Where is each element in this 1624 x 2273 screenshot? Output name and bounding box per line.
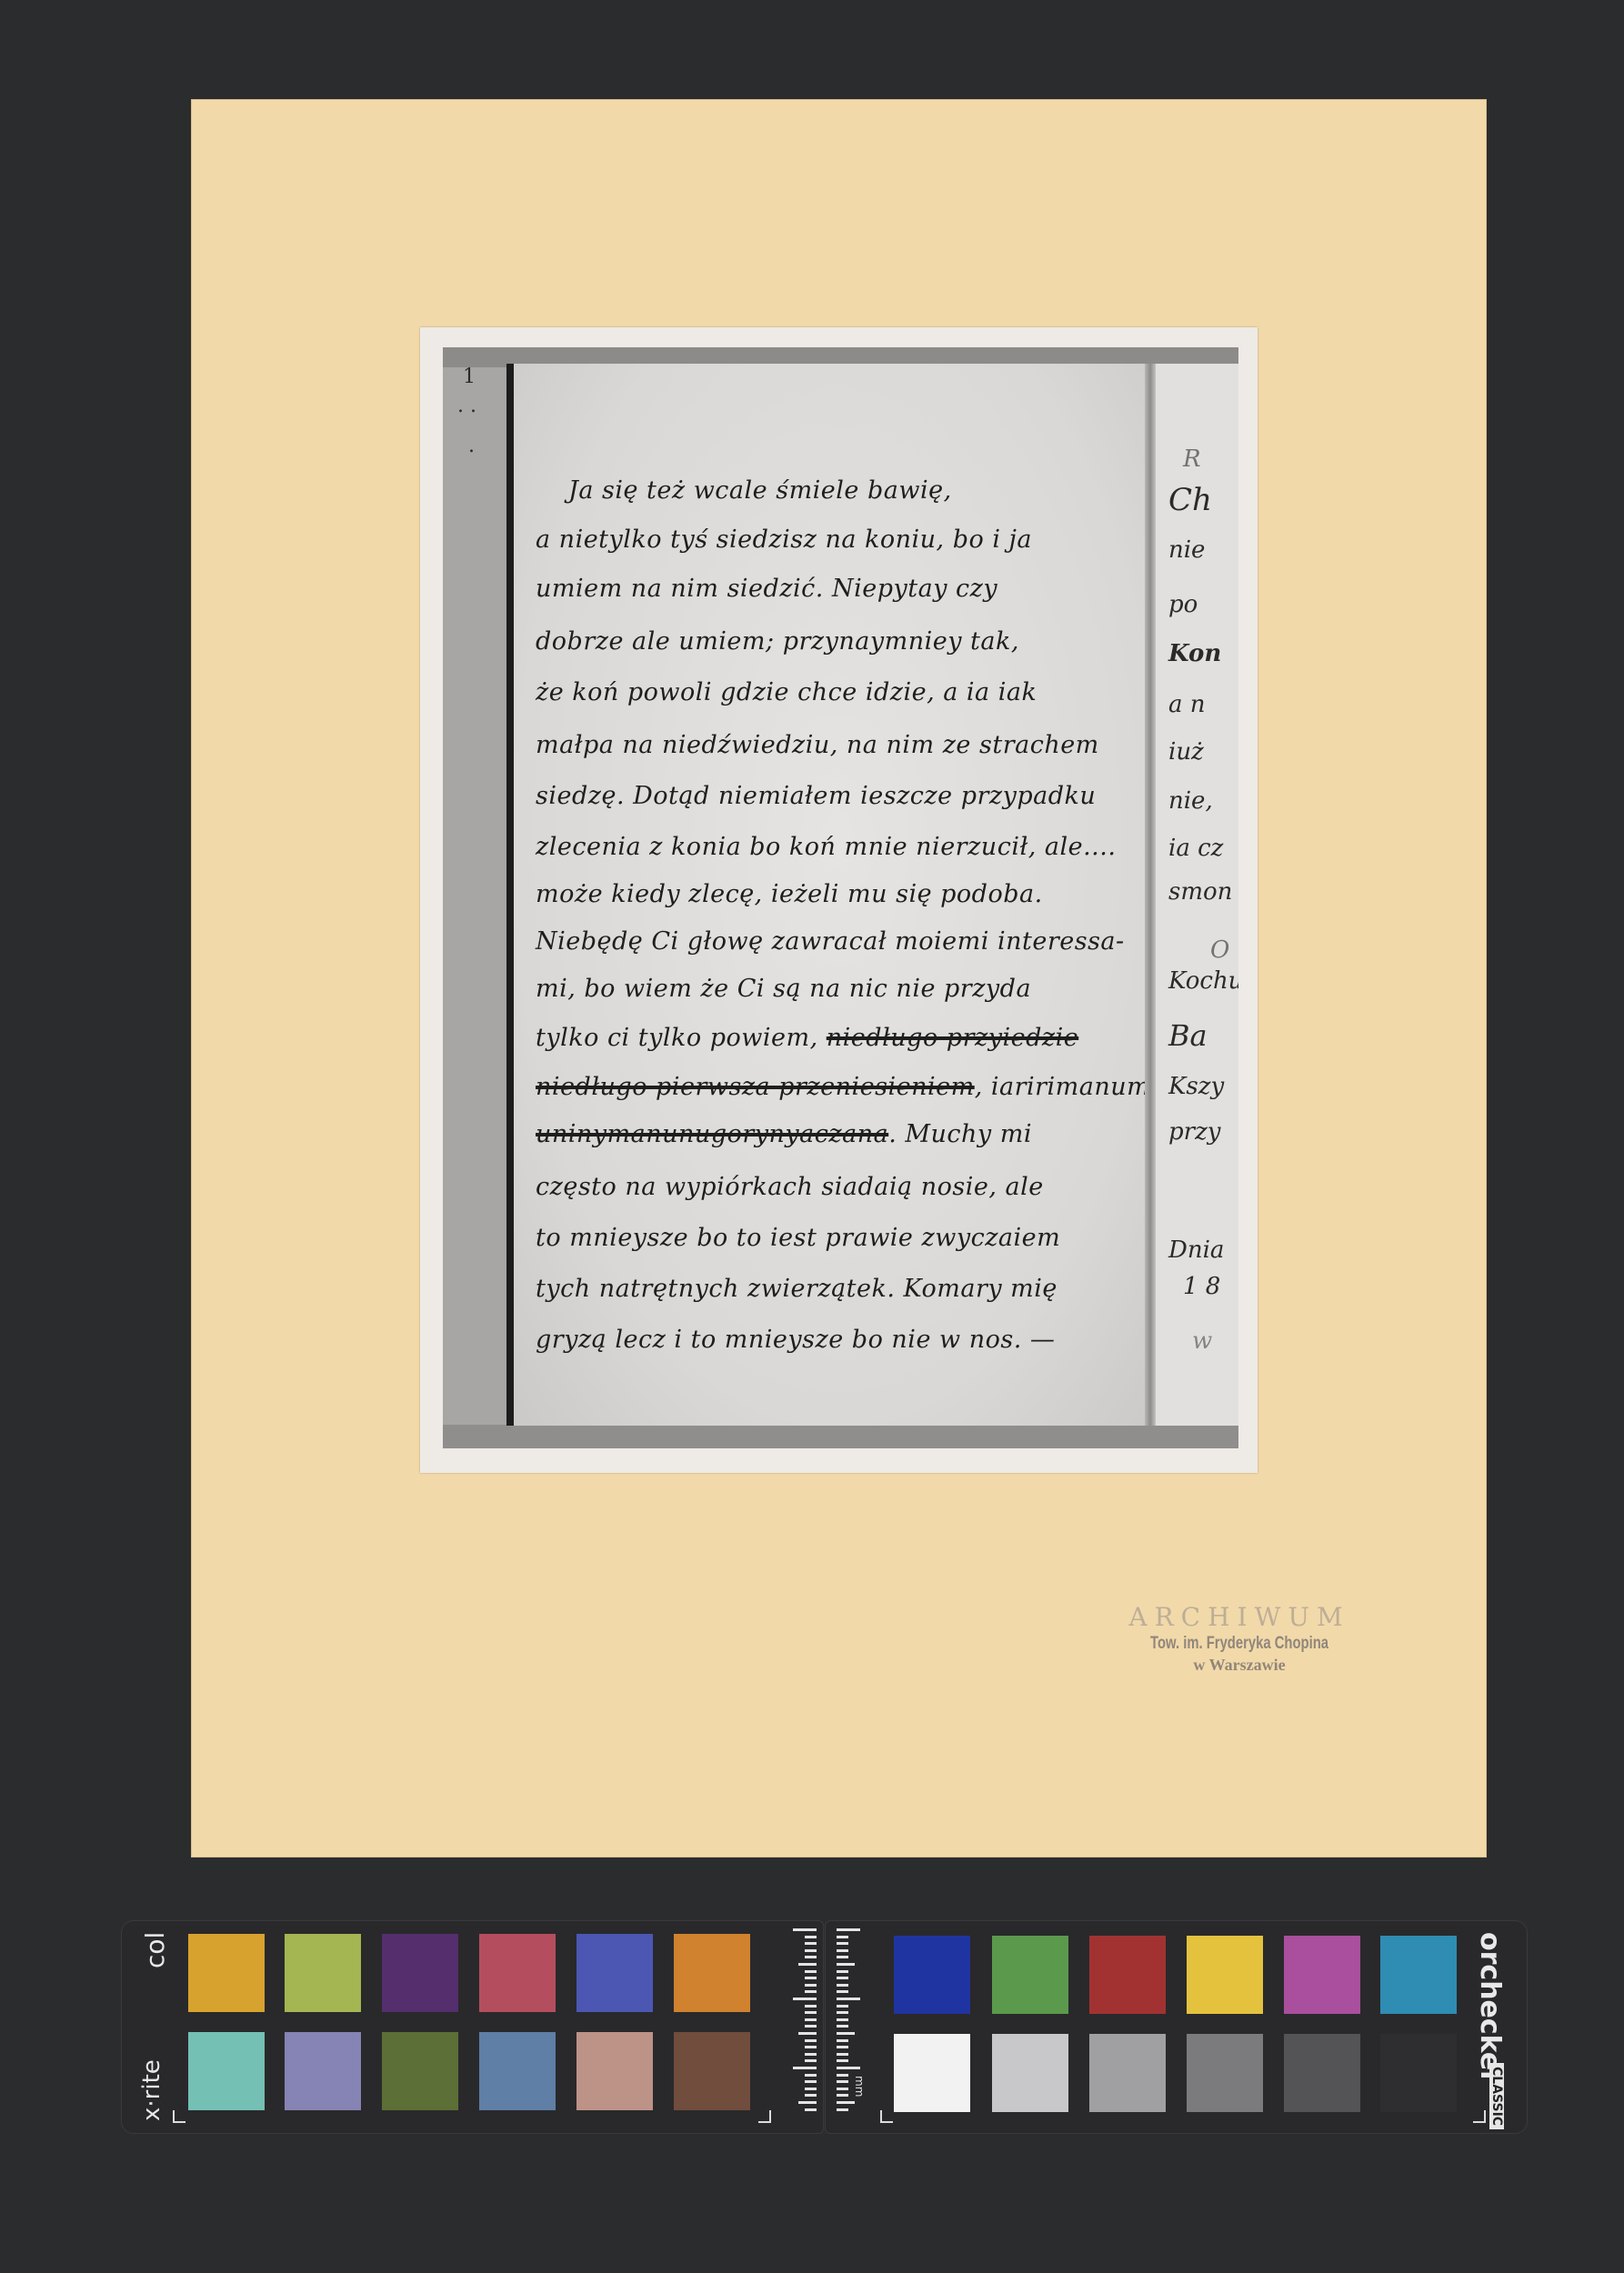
- fragment: Dnia: [1168, 1237, 1224, 1264]
- xrite-logo: x·rite: [138, 2059, 165, 2121]
- ruler-tick: [798, 2101, 817, 2104]
- color-patch: [479, 1934, 556, 2012]
- ruler-tick: [805, 2094, 817, 2097]
- ruler-tick: [837, 2053, 848, 2056]
- color-patch: [992, 2034, 1068, 2112]
- ruler-tick: [805, 2088, 817, 2090]
- fragment: przy: [1168, 1118, 1220, 1146]
- struck-text: uninymanunugorynyaczana: [536, 1120, 888, 1148]
- ruler-tick: [805, 1942, 817, 1945]
- fragment: Ba: [1168, 1018, 1208, 1053]
- ruler-tick: [837, 2108, 848, 2111]
- ruler-tick: [805, 1970, 817, 1973]
- ruler-tick: [837, 2025, 848, 2028]
- manuscript-line: że koń powoli gdzie chce idzie, a ia iak: [536, 678, 1037, 706]
- ruler-unit-label: mm: [853, 2076, 866, 2097]
- color-patch: [285, 2032, 361, 2110]
- ruler-tick: [837, 2094, 848, 2097]
- color-patch: [576, 2032, 653, 2110]
- ruler-tick: [837, 2059, 848, 2062]
- manuscript-page: Ja się też wcale śmiele bawię, a nietylk…: [506, 364, 1161, 1426]
- ruler-tick: [805, 2074, 817, 2077]
- manuscript-text: , iaririmanum: [975, 1073, 1151, 1101]
- color-patch: [992, 1936, 1068, 2014]
- ruler-tick: [837, 1949, 848, 1952]
- ruler-tick: [837, 1977, 848, 1979]
- manuscript-text: mi, bo wiem że Ci są na nic nie przyda: [536, 975, 1031, 1003]
- manuscript-line: małpa na niedźwiedziu, na nim ze strache…: [536, 731, 1099, 759]
- ruler-tick: [837, 1956, 848, 1958]
- ruler-tick: [837, 2005, 848, 2008]
- manuscript-line: tylko ci tylko powiem, niedługo przyiedz…: [536, 1024, 1078, 1052]
- ruler-tick: [837, 2046, 848, 2048]
- color-patch: [285, 1934, 361, 2012]
- brand-col-label: col: [140, 1932, 170, 1968]
- ruler-tick: [805, 2108, 817, 2111]
- fragment: iuż: [1168, 738, 1204, 766]
- manuscript-line: Ja się też wcale śmiele bawię,: [568, 476, 952, 505]
- ruler-tick: [837, 2039, 848, 2042]
- fragment: w: [1192, 1327, 1212, 1355]
- manuscript-line: często na wypiórkach siadaią nosie, ale: [536, 1173, 1044, 1201]
- registration-corner: [173, 2110, 185, 2123]
- ruler-tick: [805, 2039, 817, 2042]
- stamp-institution: Tow. im. Fryderyka Chopina: [1144, 1634, 1336, 1654]
- mm-ruler-left: [769, 1928, 824, 2119]
- color-patch: [576, 1934, 653, 2012]
- color-patch: [1380, 1936, 1457, 2014]
- ruler-tick: [837, 1998, 860, 2000]
- ruler-tick: [798, 2032, 817, 2035]
- color-patch: [674, 2032, 750, 2110]
- color-patch: [674, 1934, 750, 2012]
- ruler-tick: [837, 2101, 855, 2104]
- fragment: 1 8: [1183, 1273, 1220, 1300]
- manuscript-text: tylko ci tylko powiem,: [536, 1024, 827, 1052]
- ruler-tick: [805, 2059, 817, 2062]
- ruler-tick: [793, 1928, 817, 1931]
- manuscript-line: siedzę. Dotąd niemiałem ieszcze przypadk…: [536, 782, 1096, 810]
- ruler-tick: [793, 2067, 817, 2069]
- manuscript-line: umiem na nim siedzić. Niepytay czy: [536, 575, 997, 603]
- ruler-tick: [805, 2046, 817, 2048]
- ruler-tick: [805, 1936, 817, 1938]
- ruler-tick: [837, 1963, 855, 1966]
- margin-mark: 1: [463, 365, 476, 388]
- ruler-tick: [793, 1998, 817, 2000]
- fragment: po: [1168, 591, 1198, 618]
- struck-text: niedługo pierwsza przeniesieniem: [536, 1073, 975, 1101]
- color-patch: [1187, 1936, 1263, 2014]
- manuscript-line: uninymanunugorynyaczana. Muchy mi: [536, 1120, 1032, 1148]
- ruler-tick: [837, 1984, 848, 1987]
- fragment: a n: [1168, 691, 1206, 718]
- fragment: O: [1210, 936, 1229, 964]
- ruler-tick: [798, 1963, 817, 1966]
- fragment: nie: [1168, 536, 1205, 564]
- manuscript-line: zlecenia z konia bo koń mnie nierzucił, …: [536, 833, 1116, 861]
- ruler-tick: [805, 2025, 817, 2028]
- color-patch: [188, 1934, 265, 2012]
- ruler-tick: [805, 1977, 817, 1979]
- ruler-tick: [837, 1928, 860, 1931]
- fragment: Kszy: [1168, 1073, 1224, 1100]
- color-patch: [1089, 2034, 1166, 2112]
- ruler-tick: [837, 2032, 855, 2035]
- color-patch: [1284, 1936, 1360, 2014]
- color-checker-right-card: mm orchecker CLASSIC: [825, 1920, 1528, 2134]
- color-patch: [894, 2034, 970, 2112]
- color-patch: [1187, 2034, 1263, 2112]
- archive-stamp: ARCHIWUM Tow. im. Fryderyka Chopina w Wa…: [1117, 1602, 1362, 1675]
- ruler-tick: [837, 2018, 848, 2021]
- registration-corner: [880, 2110, 893, 2123]
- ruler-tick: [805, 2005, 817, 2008]
- color-patch: [382, 1934, 458, 2012]
- fragment: Kochu: [1168, 967, 1238, 995]
- ruler-tick: [837, 1942, 848, 1945]
- color-patch: [479, 2032, 556, 2110]
- color-patch: [188, 2032, 265, 2110]
- manuscript-line: mi, bo wiem że Ci są na nic nie przyda: [536, 975, 1031, 1003]
- ruler-tick: [837, 1990, 848, 1993]
- manuscript-line: to mnieysze bo to iest prawie zwyczaiem: [536, 1224, 1060, 1252]
- ruler-tick: [837, 1970, 848, 1973]
- manuscript-line: niedługo pierwsza przeniesieniem, iariri…: [536, 1073, 1150, 1101]
- ruler-tick: [837, 2088, 848, 2090]
- fragment: smon: [1168, 878, 1232, 906]
- manuscript-line: tych natrętnych zwierzątek. Komary mię: [536, 1275, 1058, 1303]
- color-patch: [1284, 2034, 1360, 2112]
- manuscript-line: może kiedy zlecę, ieżeli mu się podoba.: [536, 880, 1043, 908]
- classic-badge: CLASSIC: [1489, 2063, 1504, 2129]
- color-patch: [894, 1936, 970, 2014]
- ruler-tick: [837, 1936, 848, 1938]
- ruler-tick: [805, 2018, 817, 2021]
- manuscript-line: gryzą lecz i to mnieysze bo nie w nos. —: [536, 1326, 1055, 1354]
- ruler-tick: [805, 1990, 817, 1993]
- ruler-tick: [837, 2067, 860, 2069]
- fragment: Kon: [1168, 640, 1221, 667]
- color-patch: [1380, 2034, 1457, 2112]
- stamp-title: ARCHIWUM: [1117, 1602, 1362, 1632]
- page-gutter: [1145, 364, 1156, 1426]
- fragment: Ch: [1168, 482, 1212, 518]
- ruler-tick: [805, 2053, 817, 2056]
- ruler-tick: [805, 1956, 817, 1958]
- ruler-tick: [805, 1949, 817, 1952]
- color-patch: [1089, 1936, 1166, 2014]
- stamp-city: w Warszawie: [1117, 1656, 1362, 1675]
- margin-mark: . .: [457, 395, 476, 417]
- color-checker-left-card: col x·rite: [121, 1920, 824, 2134]
- struck-text: niedługo przyiedzie: [827, 1024, 1078, 1052]
- ruler-tick: [805, 2080, 817, 2083]
- ruler-tick: [837, 2011, 848, 2014]
- ruler-tick: [805, 2011, 817, 2014]
- manuscript-line: Niebędę Ci głowę zawracał moiemi interes…: [536, 927, 1125, 956]
- fragment: nie,: [1168, 787, 1213, 815]
- manuscript-line: a nietylko tyś siedzisz na koniu, bo i j…: [536, 526, 1032, 554]
- ruler-tick: [837, 2080, 848, 2083]
- colorchecker-brand: orchecker: [1474, 1932, 1506, 2084]
- margin-mark: .: [468, 435, 475, 457]
- manuscript-photograph: 1 . . . Ja się też wcale śmiele bawię, a…: [443, 347, 1238, 1448]
- color-patch: [382, 2032, 458, 2110]
- ruler-tick: [805, 1984, 817, 1987]
- adjacent-page: R Ch nie po Kon a n iuż nie, ia cz smon …: [1156, 364, 1238, 1426]
- ruler-tick: [837, 2074, 848, 2077]
- registration-corner: [1473, 2110, 1486, 2123]
- fragment: ia cz: [1168, 835, 1223, 862]
- photo-bottom-shadow: [443, 1425, 1238, 1448]
- manuscript-text: . Muchy mi: [888, 1120, 1032, 1148]
- fragment: R: [1183, 446, 1201, 473]
- manuscript-line: dobrze ale umiem; przynaymniey tak,: [536, 627, 1019, 656]
